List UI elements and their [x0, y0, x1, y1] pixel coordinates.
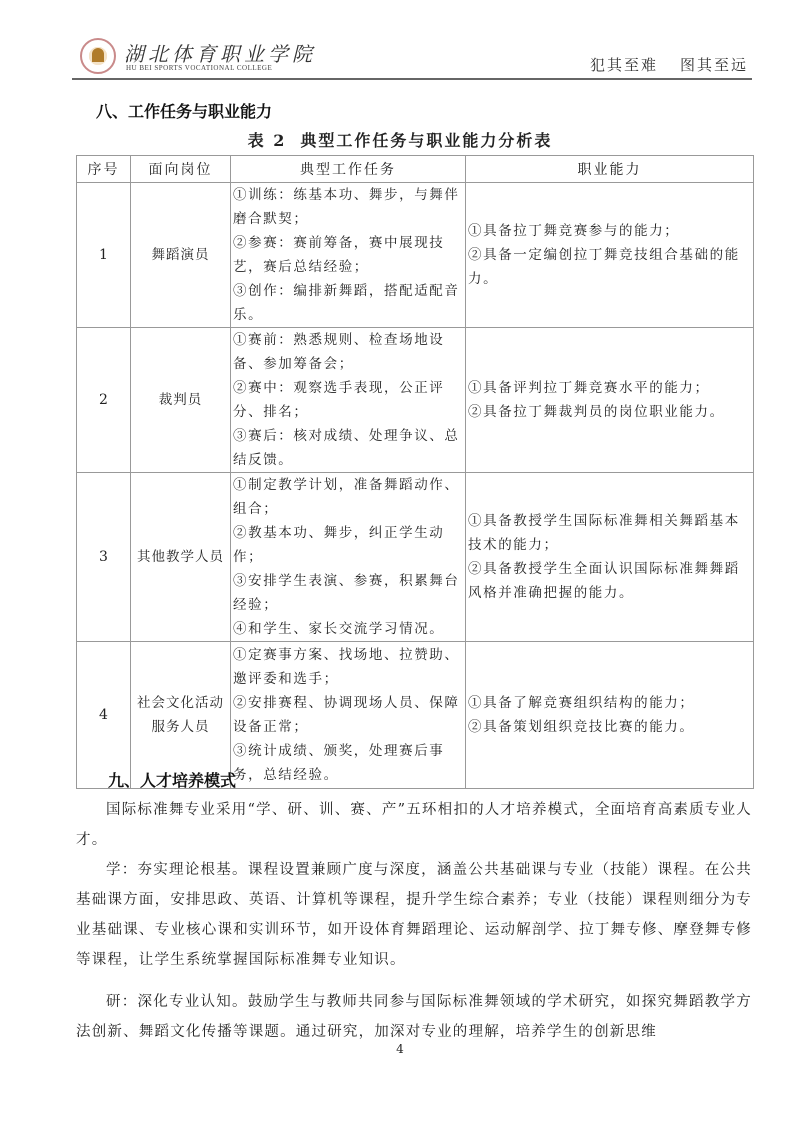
table-header-row: 序号 面向岗位 典型工作任务 职业能力 [77, 156, 754, 183]
ability-item: ②具备一定编创拉丁舞竞技组合基础的能力。 [468, 243, 751, 291]
row-tasks: ①赛前：熟悉规则、检查场地设备、参加筹备会； ②赛中：观察选手表现，公正评分、排… [231, 328, 466, 473]
ability-item: ①具备教授学生国际标准舞相关舞蹈基本技术的能力； [468, 509, 751, 557]
row-post: 社会文化活动 服务人员 [131, 642, 231, 789]
header-divider [72, 78, 752, 80]
motto-part-2: 图其至远 [680, 56, 748, 74]
task-item: ③创作：编排新舞蹈，搭配适配音乐。 [233, 279, 463, 327]
paragraph-intro: 国际标准舞专业采用“学、研、训、赛、产”五环相扣的人才培养模式，全面培育高素质专… [76, 795, 752, 855]
row-number: 4 [77, 642, 131, 789]
school-name-en: HU BEI SPORTS VOCATIONAL COLLEGE [126, 64, 272, 72]
ability-item: ②具备策划组织竞技比赛的能力。 [468, 715, 751, 739]
row-number: 2 [77, 328, 131, 473]
paragraph-research: 研：深化专业认知。鼓励学生与教师共同参与国际标准舞领域的学术研究，如探究舞蹈教学… [76, 987, 752, 1047]
row-abilities: ①具备拉丁舞竞赛参与的能力； ②具备一定编创拉丁舞竞技组合基础的能力。 [466, 183, 754, 328]
section-8-title: 八、工作任务与职业能力 [96, 99, 272, 122]
column-header-no: 序号 [77, 156, 131, 183]
row-tasks: ①制定教学计划，准备舞蹈动作、组合； ②教基本功、舞步，纠正学生动作； ③安排学… [231, 473, 466, 642]
column-header-abilities: 职业能力 [466, 156, 754, 183]
row-number: 3 [77, 473, 131, 642]
row-post: 裁判员 [131, 328, 231, 473]
post-line: 社会文化活动 [133, 691, 228, 715]
task-item: ②参赛：赛前筹备，赛中展现技艺，赛后总结经验； [233, 231, 463, 279]
table-caption-number: 表 2 [248, 131, 287, 150]
task-ability-table: 序号 面向岗位 典型工作任务 职业能力 1 舞蹈演员 ①训练：练基本功、舞步，与… [76, 155, 754, 789]
task-item: ①制定教学计划，准备舞蹈动作、组合； [233, 473, 463, 521]
row-post: 其他教学人员 [131, 473, 231, 642]
task-item: ②赛中：观察选手表现，公正评分、排名； [233, 376, 463, 424]
row-post: 舞蹈演员 [131, 183, 231, 328]
ability-item: ②具备教授学生全面认识国际标准舞舞蹈风格并准确把握的能力。 [468, 557, 751, 605]
row-abilities: ①具备教授学生国际标准舞相关舞蹈基本技术的能力； ②具备教授学生全面认识国际标准… [466, 473, 754, 642]
table-row: 4 社会文化活动 服务人员 ①定赛事方案、找场地、拉赞助、邀评委和选手； ②安排… [77, 642, 754, 789]
task-item: ②教基本功、舞步，纠正学生动作； [233, 521, 463, 569]
post-line: 舞蹈演员 [133, 243, 228, 267]
column-header-tasks: 典型工作任务 [231, 156, 466, 183]
post-line: 裁判员 [133, 388, 228, 412]
table-row: 3 其他教学人员 ①制定教学计划，准备舞蹈动作、组合； ②教基本功、舞步，纠正学… [77, 473, 754, 642]
table-caption-text: 典型工作任务与职业能力分析表 [300, 131, 552, 150]
task-item: ①定赛事方案、找场地、拉赞助、邀评委和选手； [233, 643, 463, 691]
paragraph-study: 学：夯实理论根基。课程设置兼顾广度与深度，涵盖公共基础课与专业（技能）课程。在公… [76, 855, 752, 975]
ability-item: ①具备拉丁舞竞赛参与的能力； [468, 219, 751, 243]
task-item: ②安排赛程、协调现场人员、保障设备正常； [233, 691, 463, 739]
ability-item: ①具备了解竞赛组织结构的能力； [468, 691, 751, 715]
row-abilities: ①具备评判拉丁舞竞赛水平的能力； ②具备拉丁舞裁判员的岗位职业能力。 [466, 328, 754, 473]
task-item: ①训练：练基本功、舞步，与舞伴磨合默契； [233, 183, 463, 231]
school-name-cn: 湖北体育职业学院 [124, 38, 316, 67]
task-item: ③安排学生表演、参赛，积累舞台经验； [233, 569, 463, 617]
post-line: 其他教学人员 [133, 545, 228, 569]
table-caption: 表 2典型工作任务与职业能力分析表 [0, 128, 800, 151]
page-number: 4 [0, 1042, 800, 1056]
row-number: 1 [77, 183, 131, 328]
motto-part-1: 犯其至难 [590, 56, 658, 74]
row-tasks: ①定赛事方案、找场地、拉赞助、邀评委和选手； ②安排赛程、协调现场人员、保障设备… [231, 642, 466, 789]
table-row: 1 舞蹈演员 ①训练：练基本功、舞步，与舞伴磨合默契； ②参赛：赛前筹备，赛中展… [77, 183, 754, 328]
task-item: ④和学生、家长交流学习情况。 [233, 617, 463, 641]
post-line: 服务人员 [133, 715, 228, 739]
task-item: ①赛前：熟悉规则、检查场地设备、参加筹备会； [233, 328, 463, 376]
table-row: 2 裁判员 ①赛前：熟悉规则、检查场地设备、参加筹备会； ②赛中：观察选手表现，… [77, 328, 754, 473]
row-tasks: ①训练：练基本功、舞步，与舞伴磨合默契； ②参赛：赛前筹备，赛中展现技艺，赛后总… [231, 183, 466, 328]
college-logo-icon [80, 38, 116, 74]
task-item: ③赛后：核对成绩、处理争议、总结反馈。 [233, 424, 463, 472]
row-abilities: ①具备了解竞赛组织结构的能力； ②具备策划组织竞技比赛的能力。 [466, 642, 754, 789]
column-header-post: 面向岗位 [131, 156, 231, 183]
ability-item: ②具备拉丁舞裁判员的岗位职业能力。 [468, 400, 751, 424]
task-item: ③统计成绩、颁奖，处理赛后事务，总结经验。 [233, 739, 463, 787]
page-header: 湖北体育职业学院 HU BEI SPORTS VOCATIONAL COLLEG… [72, 36, 752, 80]
ability-item: ①具备评判拉丁舞竞赛水平的能力； [468, 376, 751, 400]
section-9-title: 九、人才培养模式 [108, 768, 236, 791]
motto: 犯其至难图其至远 [590, 54, 748, 75]
